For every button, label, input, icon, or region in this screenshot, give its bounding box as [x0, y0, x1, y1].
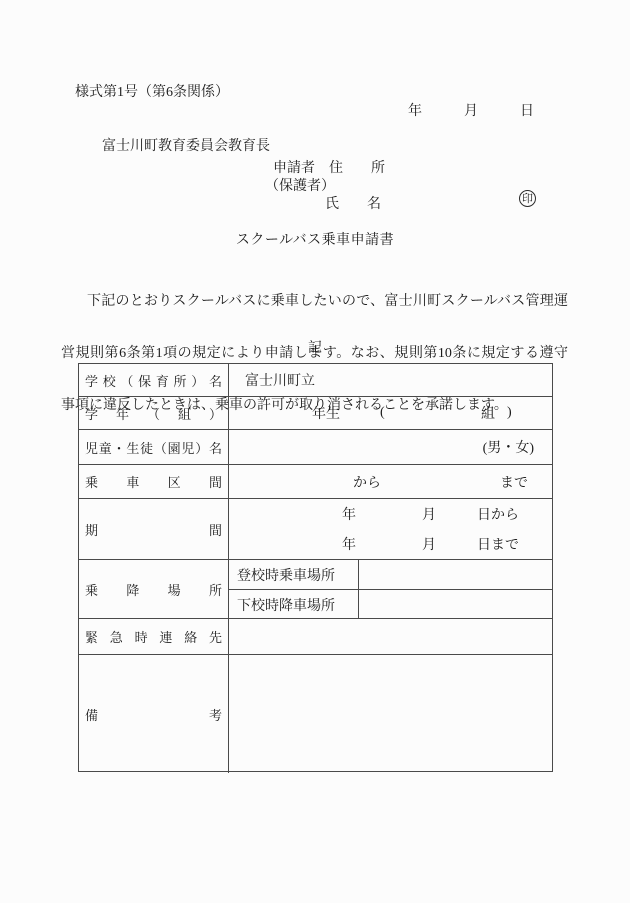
section-from-suffix: から [353, 465, 381, 498]
class-suffix: 組 [481, 397, 495, 429]
period-year-label: 年 [342, 499, 356, 529]
student-label: 児童・生徒（園児）名 [85, 438, 222, 457]
table-row-remarks: 備考 [79, 654, 552, 773]
applicant-guardian-line: （保護者） [265, 175, 335, 195]
period-from-line: 年 月 日から [229, 499, 552, 529]
period-day-from-label: 日から [477, 499, 519, 529]
date-line: 年 月 日 [408, 100, 534, 120]
record-marker: 記 [0, 337, 630, 357]
boarding-stop-label-cell: 登校時乗車場所 [229, 560, 359, 589]
document-title: スクールバス乗車申請書 [0, 229, 630, 249]
table-row-period: 期間 年 月 日から 年 月 日まで [79, 498, 552, 559]
stops-label-cell: 乗降場所 [79, 560, 229, 618]
stops-value-cell: 登校時乗車場所 下校時降車場所 [229, 560, 552, 618]
form-number: 様式第1号（第6条関係） [75, 81, 229, 101]
table-row-stops: 乗降場所 登校時乗車場所 下校時降車場所 [79, 559, 552, 618]
section-label-cell: 乗車区間 [79, 465, 229, 498]
period-label: 期間 [85, 520, 222, 539]
alighting-stop-blank [359, 590, 552, 619]
body-line-1: 下記のとおりスクールバスに乗車したいので、富士川町スクールバス管理運 [61, 292, 568, 312]
application-form-page: 様式第1号（第6条関係） 年 月 日 富士川町教育委員会教育長 申請者 住 所 … [0, 0, 630, 903]
period-month-label: 月 [422, 529, 436, 559]
boarding-stop-blank [359, 560, 552, 589]
addressee: 富士川町教育委員会教育長 [102, 135, 270, 155]
grade-paren-open: ( [380, 397, 385, 429]
remarks-label: 備考 [85, 705, 222, 724]
table-row-student: 児童・生徒（園児）名 (男・女) [79, 429, 552, 464]
application-table: 学校（保育所）名 富士川町立 学年（組） 年生 ( 組 ) 児童・生徒（ [78, 363, 553, 772]
gender-note: (男・女) [483, 437, 534, 457]
emergency-label: 緊急時連絡先 [85, 627, 222, 646]
alighting-stop-label: 下校時降車場所 [237, 595, 335, 615]
table-row-section: 乗車区間 から まで [79, 464, 552, 498]
emergency-label-cell: 緊急時連絡先 [79, 619, 229, 654]
school-label-cell: 学校（保育所）名 [79, 364, 229, 396]
table-row-grade: 学年（組） 年生 ( 組 ) [79, 396, 552, 429]
grade-suffix: 年生 [312, 397, 340, 429]
section-to-suffix: まで [500, 465, 528, 498]
boarding-stop-row: 登校時乗車場所 [229, 560, 552, 590]
table-row-school: 学校（保育所）名 富士川町立 [79, 364, 552, 396]
applicant-address-line: 申請者 住 所 [273, 157, 385, 177]
school-label: 学校（保育所）名 [85, 371, 222, 390]
period-value-cell: 年 月 日から 年 月 日まで [229, 499, 552, 559]
emergency-value-cell [229, 619, 552, 654]
period-label-cell: 期間 [79, 499, 229, 559]
school-value: 富士川町立 [245, 370, 315, 390]
student-label-cell: 児童・生徒（園児）名 [79, 430, 229, 464]
section-value-cell: から まで [229, 465, 552, 498]
boarding-stop-label: 登校時乗車場所 [237, 565, 335, 585]
remarks-value-cell [229, 655, 552, 773]
period-day-to-label: 日まで [477, 529, 519, 559]
section-label: 乗車区間 [85, 472, 222, 491]
grade-label: 学年（組） [85, 404, 222, 423]
period-month-label: 月 [422, 499, 436, 529]
stops-label: 乗降場所 [85, 580, 222, 599]
alighting-stop-row: 下校時降車場所 [229, 590, 552, 619]
alighting-stop-label-cell: 下校時降車場所 [229, 590, 359, 619]
remarks-label-cell: 備考 [79, 655, 229, 773]
school-value-cell: 富士川町立 [229, 364, 552, 396]
student-value-cell: (男・女) [229, 430, 552, 464]
period-to-line: 年 月 日まで [229, 529, 552, 559]
grade-value-cell: 年生 ( 組 ) [229, 397, 552, 429]
period-year-label: 年 [342, 529, 356, 559]
seal-stamp-icon: 印 [519, 190, 536, 207]
grade-paren-close: ) [507, 397, 512, 429]
table-row-emergency: 緊急時連絡先 [79, 618, 552, 654]
applicant-name-line: 氏 名 [325, 193, 381, 213]
grade-label-cell: 学年（組） [79, 397, 229, 429]
